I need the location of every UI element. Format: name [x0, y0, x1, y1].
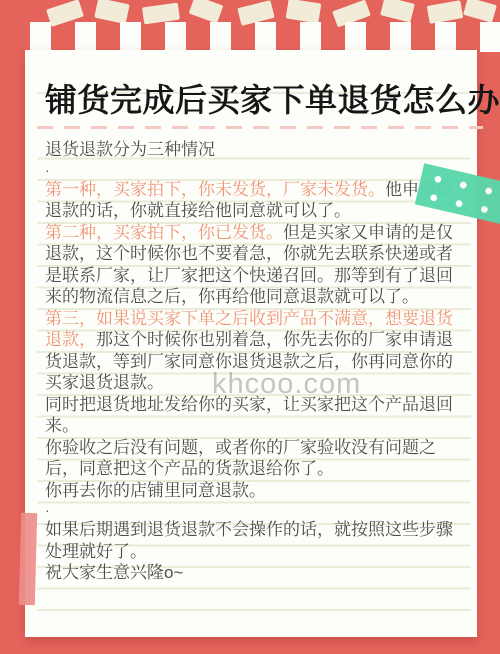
note-page: 铺货完成后买家下单退货怎么办 退货退款分为三种情况·第一种，买家拍下，你未发货，… [0, 0, 500, 654]
torn-paper-bit [427, 0, 464, 24]
body-text-segment: · [45, 162, 50, 178]
body-text-segment: 如果后期遇到退货退款不会操作的话，就按照这些步骤处理就好了。 [45, 520, 453, 561]
paragraph: 如果后期遇到退货退款不会操作的话，就按照这些步骤处理就好了。 [45, 519, 459, 562]
body-text-segment: 退货退款分为三种情况 [45, 140, 215, 159]
body-paragraphs: 退货退款分为三种情况·第一种，买家拍下，你未发货，厂家未发货。他申请仅退款的话，… [45, 139, 459, 584]
paragraph: 第二种，买家拍下，你已发货。但是买家又申请的是仅退款，这个时候你也不要着急，你就… [45, 222, 459, 308]
pink-washi-tape [19, 513, 37, 605]
highlighted-text: 第二种，买家拍下，你已发货。 [45, 223, 283, 242]
torn-paper-bit [94, 0, 129, 24]
paragraph: 你再去你的店铺里同意退款。 [45, 480, 459, 502]
watermark: khcoo.com [212, 368, 361, 401]
title-underline [37, 126, 483, 129]
torn-paper-bit [286, 0, 322, 23]
paragraph: 你验收之后没有问题，或者你的厂家验收没有问题之后，同意把这个产品的货款退给你了。 [45, 437, 459, 480]
torn-edge [30, 22, 500, 52]
body-text-segment: 祝大家生意兴隆o~ [45, 563, 183, 582]
paragraph: · [45, 161, 459, 179]
paragraph: 退货退款分为三种情况 [45, 139, 459, 161]
highlighted-text: 第一种，买家拍下，你未发货，厂家未发货。 [45, 180, 385, 199]
torn-paper-bit [463, 0, 497, 23]
paragraph: 祝大家生意兴隆o~ [45, 562, 459, 584]
torn-paper-bit [380, 0, 415, 22]
body-text-segment: 你验收之后没有问题，或者你的厂家验收没有问题之后，同意把这个产品的货款退给你了。 [45, 438, 436, 479]
page-title: 铺货完成后买家下单退货怎么办 [45, 80, 500, 120]
paper-card: 铺货完成后买家下单退货怎么办 退货退款分为三种情况·第一种，买家拍下，你未发货，… [25, 50, 477, 637]
paragraph: · [45, 501, 459, 519]
body-text-segment: 你再去你的店铺里同意退款。 [45, 481, 266, 500]
body-text-segment: · [45, 502, 50, 518]
torn-paper-bit [189, 0, 224, 24]
paragraph: 第一种，买家拍下，你未发货，厂家未发货。他申请仅退款的话，你就直接给他同意就可以… [45, 179, 459, 222]
